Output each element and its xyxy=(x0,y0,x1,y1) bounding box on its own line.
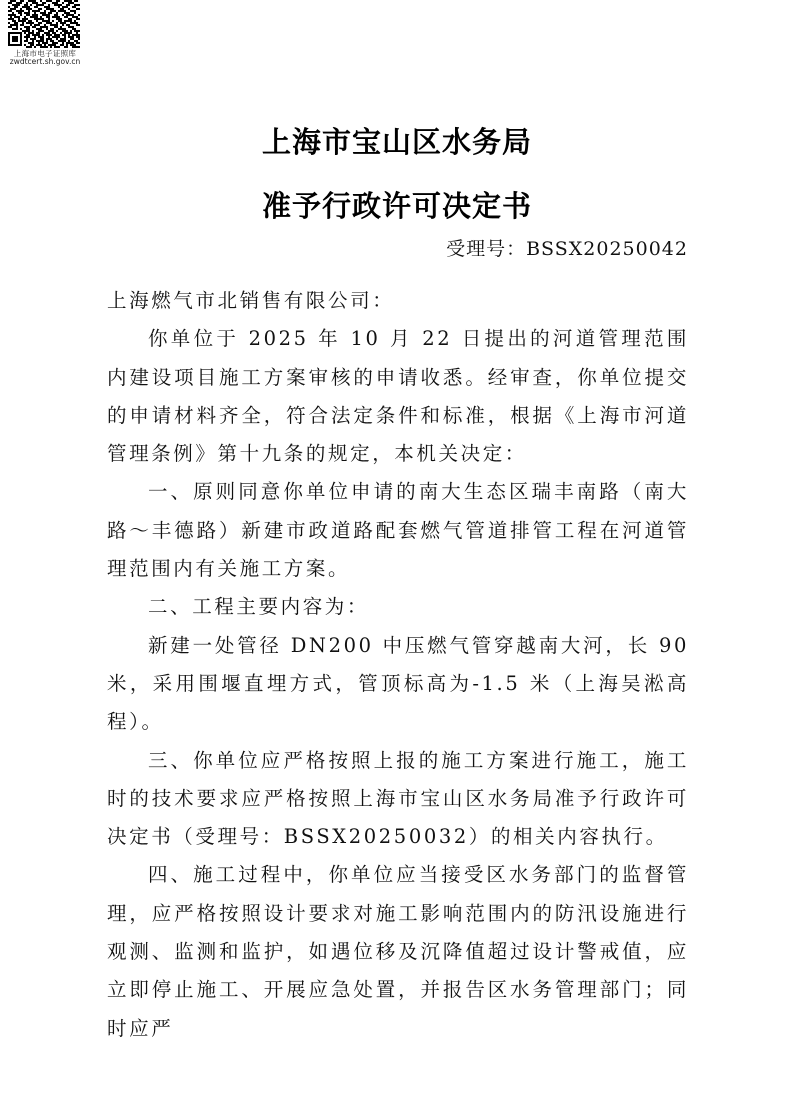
paragraph-item-2-heading: 二、工程主要内容为： xyxy=(107,588,689,626)
document-body: 上海燃气市北销售有限公司： 你单位于 2025 年 10 月 22 日提出的河道… xyxy=(107,282,689,1048)
paragraph-intro: 你单位于 2025 年 10 月 22 日提出的河道管理范围内建设项目施工方案审… xyxy=(107,320,689,473)
paragraph-item-1: 一、原则同意你单位申请的南大生态区瑞丰南路（南大路～丰德路）新建市政道路配套燃气… xyxy=(107,473,689,588)
addressee: 上海燃气市北销售有限公司： xyxy=(107,282,689,320)
paragraph-item-2-content: 新建一处管径 DN200 中压燃气管穿越南大河，长 90 米，采用围堰直埋方式，… xyxy=(107,627,689,742)
document-type-title: 准予行政许可决定书 xyxy=(0,184,794,225)
qr-caption-url: zwdtcert.sh.gov.cn xyxy=(6,57,84,66)
issuer-title: 上海市宝山区水务局 xyxy=(0,120,794,161)
qr-code-icon xyxy=(8,0,80,48)
e-license-qr-block: 上海市电子证照库 zwdtcert.sh.gov.cn xyxy=(6,0,82,64)
paragraph-item-3: 三、你单位应严格按照上报的施工方案进行施工，施工时的技术要求应严格按照上海市宝山… xyxy=(107,742,689,857)
paragraph-item-4: 四、施工过程中，你单位应当接受区水务部门的监督管理，应严格按照设计要求对施工影响… xyxy=(107,856,689,1047)
reference-number: 受理号：BSSX20250042 xyxy=(446,234,688,261)
